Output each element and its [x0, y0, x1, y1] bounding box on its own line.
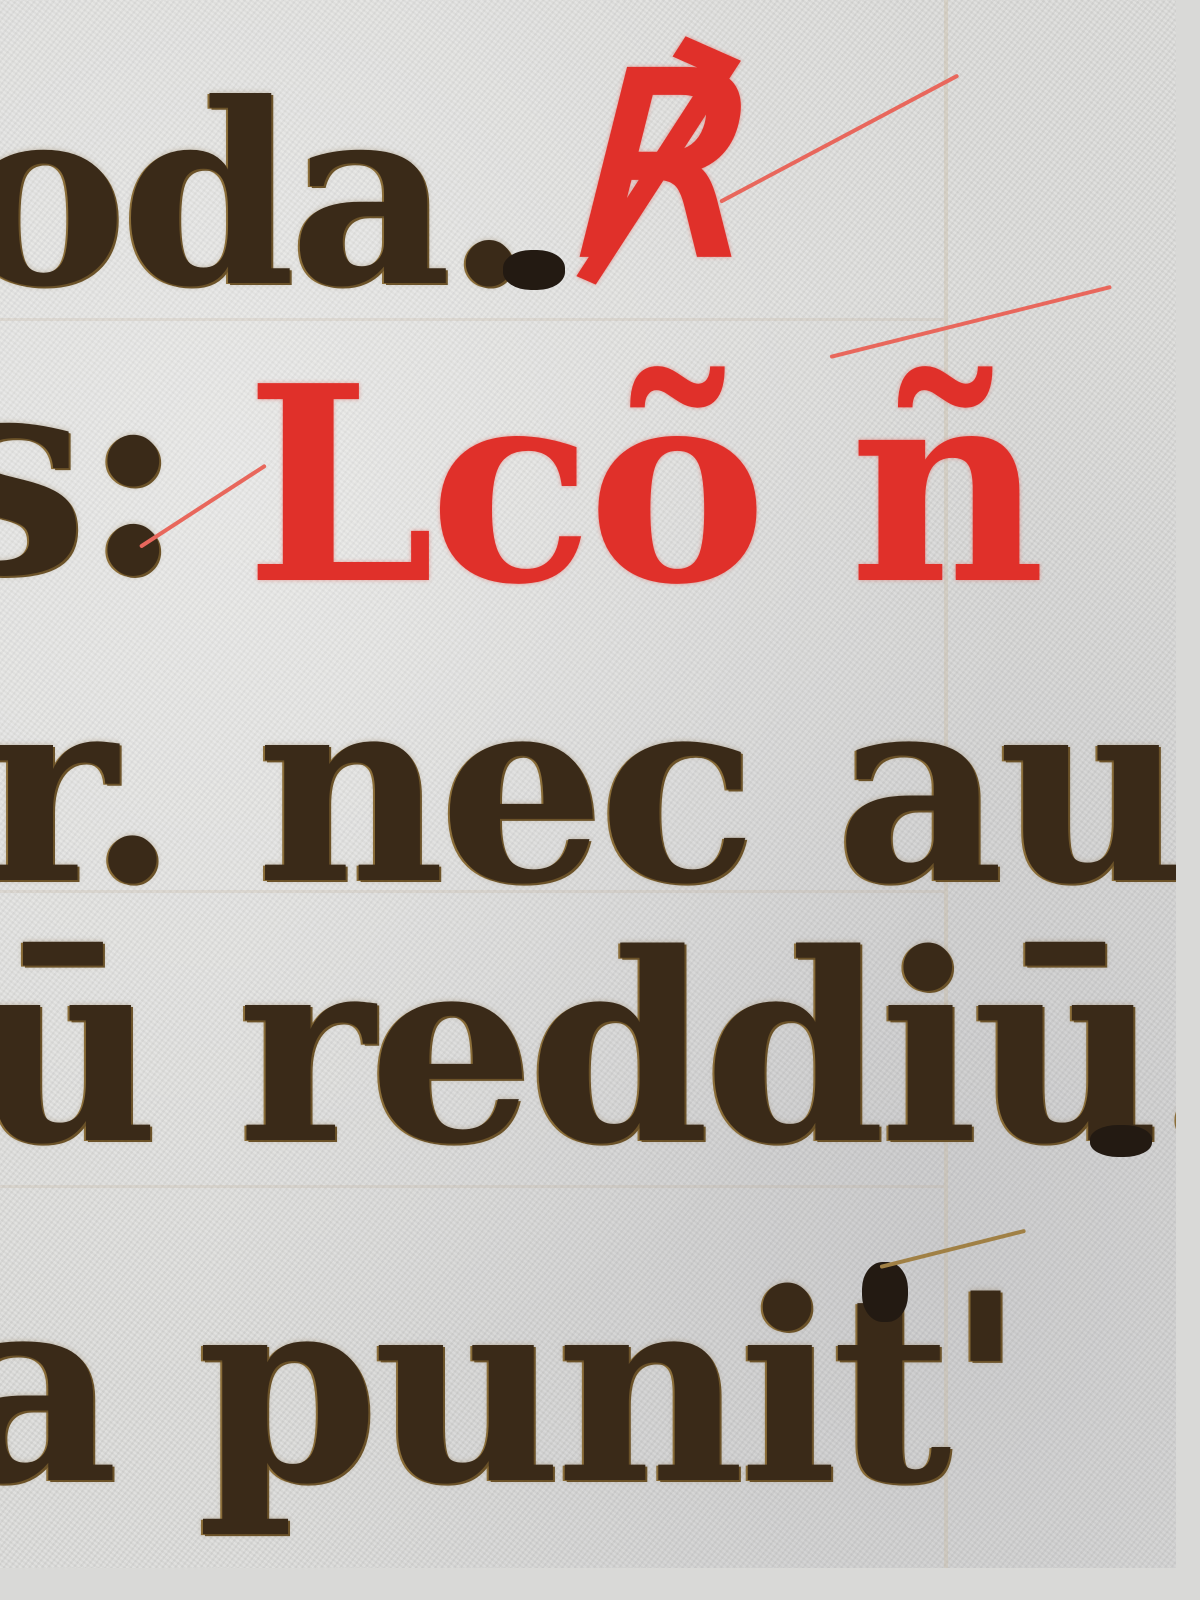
- manuscript-line-4-text: ū reddiū.: [0, 920, 1176, 1180]
- punctus-mark: [503, 250, 565, 290]
- punctus-elevatus-mark: [862, 1262, 908, 1322]
- punctus-mark: [1090, 1125, 1152, 1157]
- rubric-heading: Lcõ ñ: [245, 350, 1040, 620]
- manuscript-line-1-text: oda.: [0, 70, 527, 320]
- manuscript-line-2-text: s:: [0, 335, 179, 615]
- response-rubric-sign: ℟: [560, 40, 725, 290]
- manuscript-line-3-text: r. nec aue: [0, 660, 1176, 920]
